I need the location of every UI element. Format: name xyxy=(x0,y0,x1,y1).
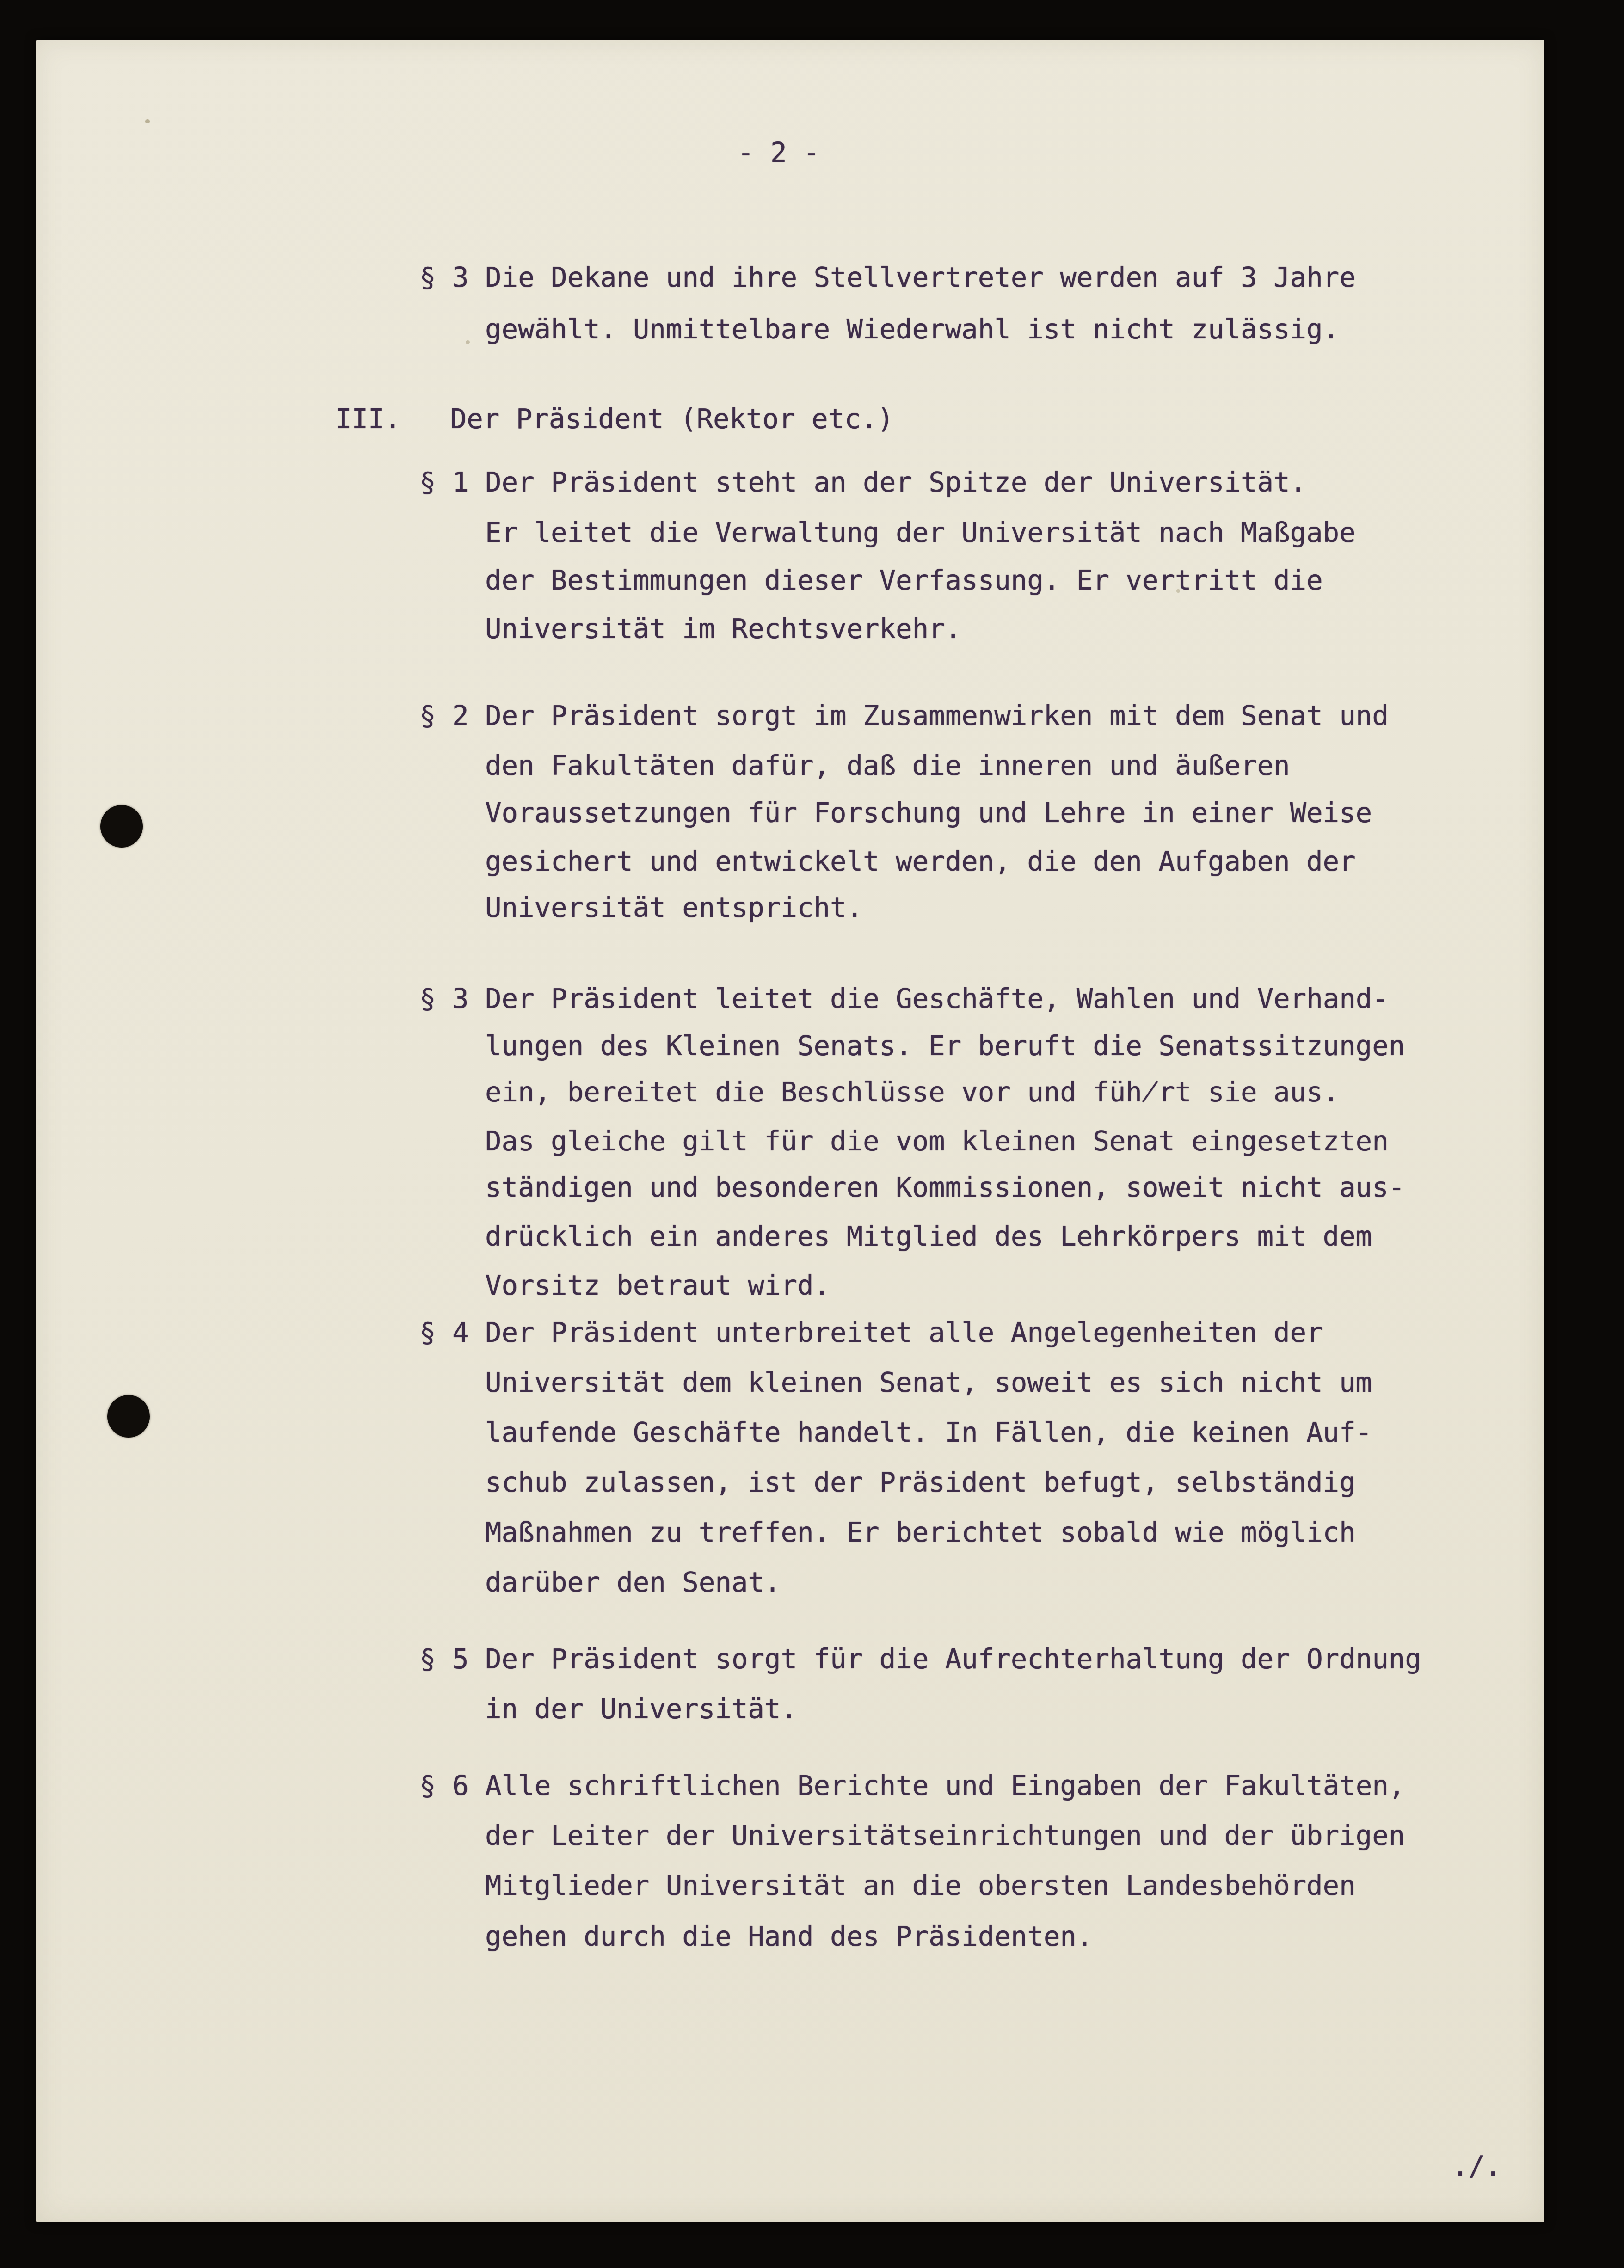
paper-speck xyxy=(145,119,150,123)
paragraph-line: § 4 Der Präsident unterbreitet alle Ange… xyxy=(419,1312,1323,1353)
paragraph-line: ein, bereitet die Beschlüsse vor und füh… xyxy=(485,1071,1339,1113)
paragraph-line: Universität dem kleinen Senat, soweit es… xyxy=(485,1362,1372,1403)
page-paper: - 2 - § 3 Die Dekane und ihre Stellvertr… xyxy=(36,40,1544,2222)
paragraph-line: in der Universität. xyxy=(485,1688,797,1730)
page-number: - 2 - xyxy=(738,132,820,173)
punch-hole-top xyxy=(100,805,143,848)
paragraph-line: schub zulassen, ist der Präsident befugt… xyxy=(485,1462,1356,1503)
paragraph-line: der Leiter der Universitätseinrichtungen… xyxy=(485,1815,1405,1856)
paper-speck xyxy=(466,340,470,344)
section-heading: III. Der Präsident (Rektor etc.) xyxy=(335,398,894,440)
paragraph-line: Das gleiche gilt für die vom kleinen Sen… xyxy=(485,1120,1389,1162)
paragraph-line: drücklich ein anderes Mitglied des Lehrk… xyxy=(485,1216,1372,1257)
paragraph-line: lungen des Kleinen Senats. Er beruft die… xyxy=(485,1025,1405,1067)
continuation-mark: ./. xyxy=(1452,2145,1501,2187)
paragraph-line: gehen durch die Hand des Präsidenten. xyxy=(485,1916,1093,1957)
paragraph-line: Universität entspricht. xyxy=(485,887,863,928)
paragraph-line: der Bestimmungen dieser Verfassung. Er v… xyxy=(485,559,1323,601)
paragraph-line: darüber den Senat. xyxy=(485,1561,781,1603)
paragraph-line: Er leitet die Verwaltung der Universität… xyxy=(485,512,1356,553)
paragraph-line: Mitglieder Universität an die obersten L… xyxy=(485,1865,1356,1906)
paragraph-line: § 3 Der Präsident leitet die Geschäfte, … xyxy=(419,978,1389,1020)
paragraph-line: gesichert und entwickelt werden, die den… xyxy=(485,841,1356,882)
paragraph-line: ständigen und besonderen Kommissionen, s… xyxy=(485,1167,1405,1208)
punch-hole-bottom xyxy=(107,1395,150,1438)
scanned-page: - 2 - § 3 Die Dekane und ihre Stellvertr… xyxy=(0,0,1624,2268)
paragraph-line: § 3 Die Dekane und ihre Stellvertreter w… xyxy=(419,257,1356,298)
paragraph-line: den Fakultäten dafür, daß die inneren un… xyxy=(485,745,1290,787)
paragraph-line: Vorsitz betraut wird. xyxy=(485,1265,830,1306)
paper-speck xyxy=(1176,589,1180,593)
paragraph-line: Voraussetzungen für Forschung und Lehre … xyxy=(485,792,1372,834)
paragraph-line: § 5 Der Präsident sorgt für die Aufrecht… xyxy=(419,1638,1421,1680)
paragraph-line: § 2 Der Präsident sorgt im Zusammenwirke… xyxy=(419,695,1389,737)
paragraph-line: gewählt. Unmittelbare Wiederwahl ist nic… xyxy=(485,308,1339,350)
paragraph-line: Maßnahmen zu treffen. Er berichtet sobal… xyxy=(485,1512,1356,1553)
paragraph-line: Universität im Rechtsverkehr. xyxy=(485,608,961,650)
paragraph-line: § 1 Der Präsident steht an der Spitze de… xyxy=(419,461,1306,503)
paragraph-line: laufende Geschäfte handelt. In Fällen, d… xyxy=(485,1412,1372,1453)
paragraph-line: § 6 Alle schriftlichen Berichte und Eing… xyxy=(419,1765,1405,1807)
